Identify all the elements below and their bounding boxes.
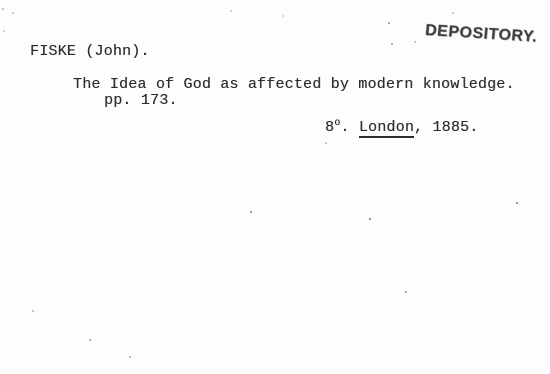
imprint-place: London	[359, 119, 414, 138]
catalog-card: DEPOSITORY. FISKE (John). The Idea of Go…	[0, 0, 550, 374]
depository-stamp: DEPOSITORY.	[424, 22, 538, 47]
format-number: 8	[325, 119, 334, 136]
imprint-line: 8o. London, 1885.	[325, 119, 478, 136]
paper-specks	[0, 0, 2, 2]
imprint-tail: , 1885.	[414, 119, 478, 136]
author-line: FISKE (John).	[30, 43, 150, 60]
title-line: The Idea of God as affected by modern kn…	[73, 76, 515, 93]
imprint-period: .	[340, 119, 358, 136]
pagination-line: pp. 173.	[104, 92, 178, 109]
